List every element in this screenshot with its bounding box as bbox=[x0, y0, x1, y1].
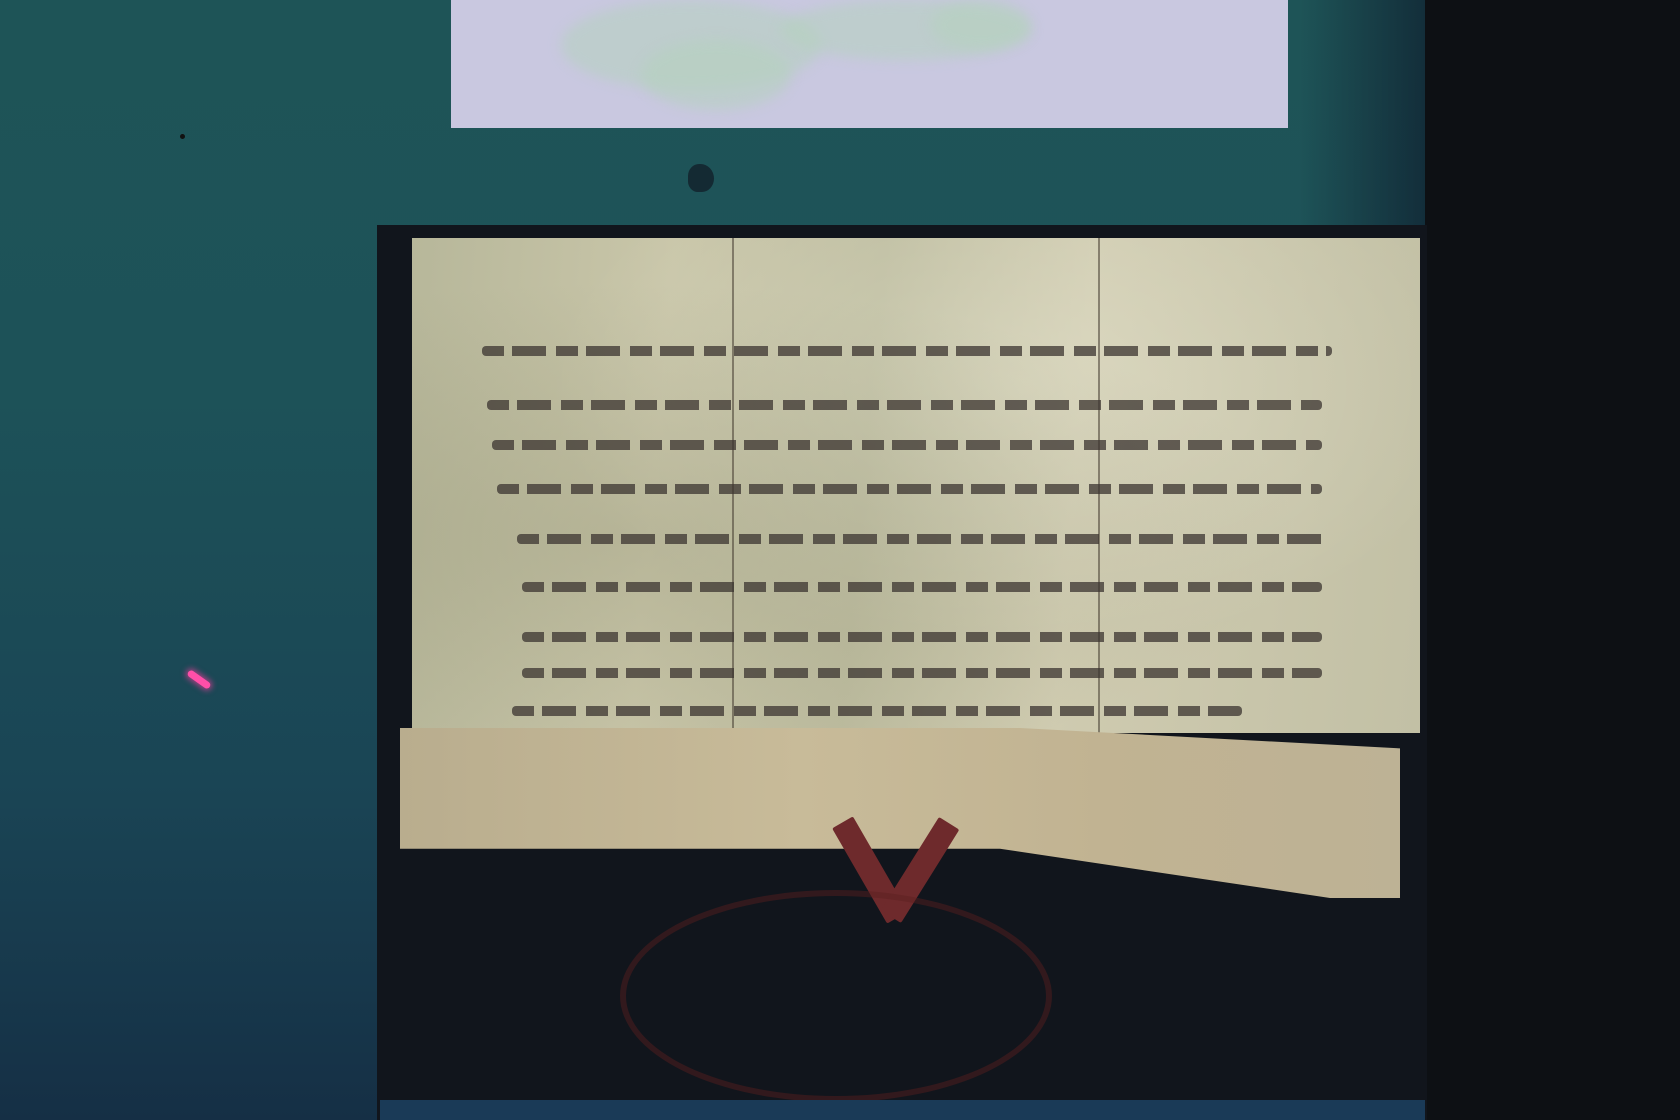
script-line bbox=[487, 400, 1322, 410]
script-line bbox=[517, 534, 1327, 544]
script-line bbox=[512, 706, 1242, 716]
script-line bbox=[522, 668, 1322, 678]
script-line bbox=[497, 484, 1322, 494]
map-shape bbox=[931, 0, 1031, 50]
screen-smudge bbox=[688, 164, 714, 192]
manuscript-parchment bbox=[412, 238, 1420, 733]
seal-cord-loop bbox=[620, 890, 1052, 1102]
map-shape bbox=[641, 40, 791, 110]
script-line bbox=[522, 582, 1322, 592]
script-line bbox=[492, 440, 1322, 450]
script-line bbox=[482, 346, 1332, 356]
top-image-panel bbox=[451, 0, 1288, 128]
screen-bottom-band bbox=[380, 1100, 1425, 1120]
dark-room-background bbox=[1425, 0, 1680, 1120]
screen-speck bbox=[180, 134, 185, 139]
script-line bbox=[522, 632, 1322, 642]
